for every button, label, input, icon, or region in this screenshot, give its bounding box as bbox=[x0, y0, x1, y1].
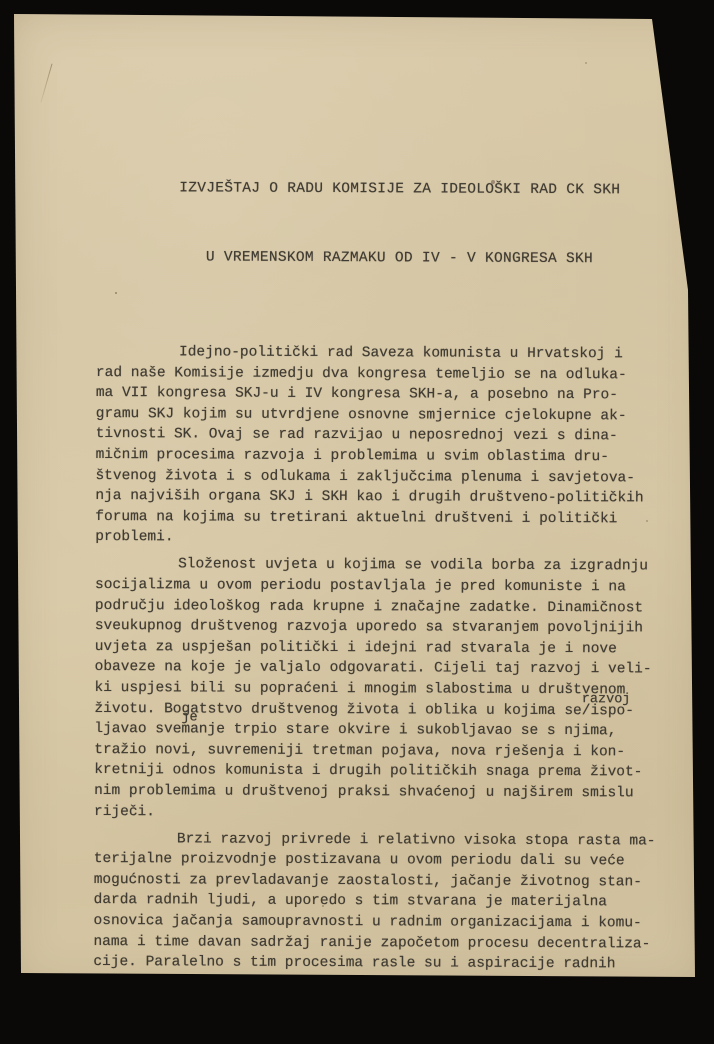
text-line: ki uspjesi bili su popraćeni i mnogim sl… bbox=[95, 678, 647, 701]
paper-scratch-mark bbox=[41, 64, 53, 103]
text-line: zastoji u razvoju materijalne proizvodnj… bbox=[93, 993, 645, 1000]
text-line: gramu SKJ kojim su utvrdjene osnovne smj… bbox=[96, 404, 648, 427]
text-line: uvjeta za uspješan politički i idejni ra… bbox=[95, 637, 647, 660]
paper-specks bbox=[0, 0, 2, 2]
text-line: nim problemima u društvenoj praksi shvać… bbox=[94, 781, 646, 804]
text-line: ma VII kongresa SKJ-u i IV kongresa SKH-… bbox=[96, 383, 648, 406]
paragraph: Složenost uvjeta u kojima se vodila borb… bbox=[94, 554, 647, 824]
text-line: darda radnih ljudi, a uporedo s tim stva… bbox=[94, 890, 646, 913]
typewritten-content: IZVJEŠTAJ O RADU KOMISIJE ZA IDEOLOŠKI R… bbox=[93, 131, 649, 1000]
text-line: rad naše Komisije izmedju dva kongresa t… bbox=[96, 363, 648, 386]
text-line: riječi. bbox=[94, 802, 646, 825]
text-line: tražio novi, suvremeniji tretman pojava,… bbox=[94, 740, 646, 763]
text-line: mičnim procesima razvoja i problemima u … bbox=[96, 445, 648, 468]
text-line: foruma na kojima su tretirani aktuelni d… bbox=[95, 507, 647, 530]
document-body: Idejno-politički rad Saveza komunista u … bbox=[93, 342, 648, 1000]
text-line: problemi. bbox=[95, 527, 647, 550]
text-line: području ideološkog rada krupne i značaj… bbox=[95, 596, 647, 619]
text-line: životu. Bogatstvo društvenog života i ob… bbox=[94, 699, 646, 722]
document-page: IZVJEŠTAJ O RADU KOMISIJE ZA IDEOLOŠKI R… bbox=[0, 0, 714, 1000]
text-line: sveukupnog društvenog razvoja uporedo sa… bbox=[95, 616, 647, 639]
text-line: štvenog života i s odlukama i zaključcim… bbox=[95, 466, 647, 489]
text-line: ljavao svejemanje trpio stare okvire i s… bbox=[94, 719, 646, 742]
text-line: cije. Paralelno s tim procesima rasle su… bbox=[93, 952, 645, 975]
text-line: tivnosti SK. Ovaj se rad razvijao u nepo… bbox=[96, 424, 648, 447]
document-title-line: U VREMENSKOM RAZMAKU OD IV - V KONGRESA … bbox=[123, 246, 675, 271]
scan-background: IZVJEŠTAJ O RADU KOMISIJE ZA IDEOLOŠKI R… bbox=[0, 0, 714, 1000]
text-line: obaveze na koje je valjalo odgovarati. C… bbox=[95, 657, 647, 680]
text-line: Složenost uvjeta u kojima se vodila borb… bbox=[95, 554, 647, 577]
text-line: Brzi razvoj privrede i relativno visoka … bbox=[94, 829, 646, 852]
text-line: nja najviših organa SKJ i SKH kao i drug… bbox=[95, 486, 647, 509]
text-line: mogućnosti za prevladavanje zaostalosti,… bbox=[94, 870, 646, 893]
paragraph: Brzi razvoj privrede i relativno visoka … bbox=[93, 829, 646, 1000]
document-title-line: IZVJEŠTAJ O RADU KOMISIJE ZA IDEOLOŠKI R… bbox=[124, 177, 676, 202]
text-line: socijalizma u ovom periodu postavljala j… bbox=[95, 575, 647, 598]
text-line: kretniji odnos komunista i drugih politi… bbox=[94, 760, 646, 783]
paragraph: Idejno-politički rad Saveza komunista u … bbox=[95, 342, 648, 550]
text-line: nama i time davan sadržaj ranije započet… bbox=[93, 932, 645, 955]
text-line: osnovica jačanja samoupravnosti u radnim… bbox=[94, 911, 646, 934]
document-title: IZVJEŠTAJ O RADU KOMISIJE ZA IDEOLOŠKI R… bbox=[123, 131, 676, 317]
text-line: Idejno-politički rad Saveza komunista u … bbox=[96, 342, 648, 365]
text-line: terijalne proizvodnje postizavana u ovom… bbox=[94, 849, 646, 872]
text-line: ljudi te su potrebe i zahtjevi postojali… bbox=[93, 973, 645, 996]
